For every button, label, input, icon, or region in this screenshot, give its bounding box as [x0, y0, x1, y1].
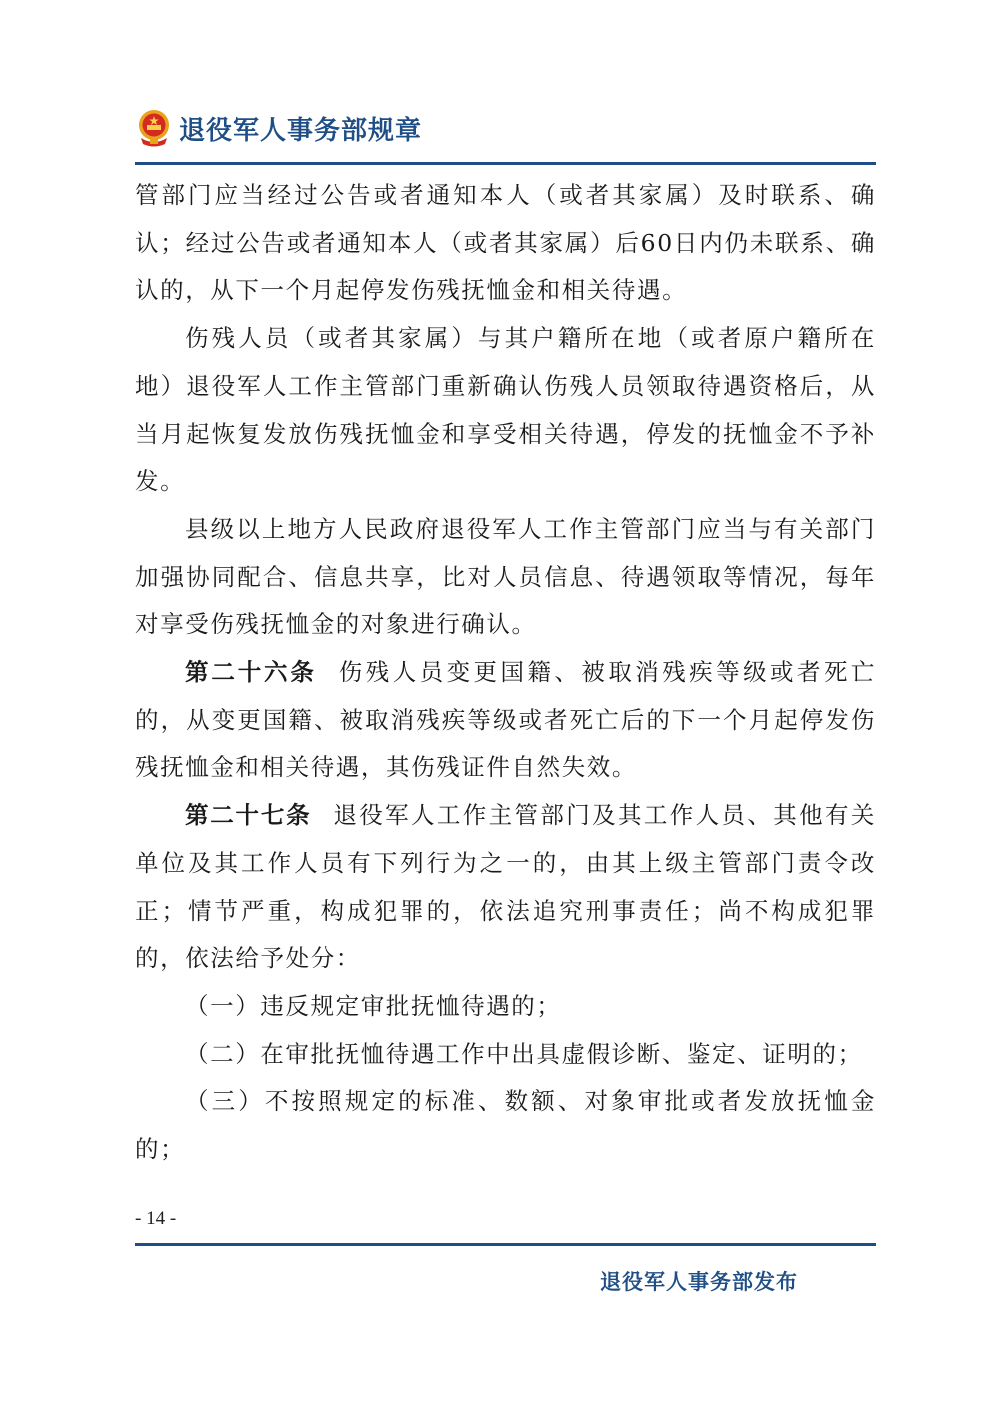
list-item: （一）违反规定审批抚恤待遇的； [135, 983, 876, 1031]
document-body: 管部门应当经过公告或者通知本人（或者其家属）及时联系、确认；经过公告或者通知本人… [135, 172, 876, 1174]
paragraph-text: 县级以上地方人民政府退役军人工作主管部门应当与有关部门加强协同配合、信息共享，比… [135, 515, 876, 638]
header-divider [135, 162, 876, 165]
paragraph-text: 伤残人员（或者其家属）与其户籍所在地（或者原户籍所在地）退役军人工作主管部门重新… [135, 324, 876, 495]
paragraph: 县级以上地方人民政府退役军人工作主管部门应当与有关部门加强协同配合、信息共享，比… [135, 506, 876, 649]
paragraph-text: 管部门应当经过公告或者通知本人（或者其家属）及时联系、确认；经过公告或者通知本人… [135, 181, 876, 304]
header-title: 退役军人事务部规章 [179, 110, 422, 147]
list-item-text: （二）在审批抚恤待遇工作中出具虚假诊断、鉴定、证明的； [185, 1040, 863, 1068]
list-item-text: （三）不按照规定的标准、数额、对象审批或者发放抚恤金的； [135, 1087, 876, 1163]
article-27: 第二十七条退役军人工作主管部门及其工作人员、其他有关单位及其工作人员有下列行为之… [135, 792, 876, 983]
paragraph: 伤残人员（或者其家属）与其户籍所在地（或者原户籍所在地）退役军人工作主管部门重新… [135, 315, 876, 506]
publisher-label: 退役军人事务部发布 [600, 1266, 798, 1296]
article-heading: 第二十六条 [185, 658, 317, 686]
article-heading: 第二十七条 [185, 801, 311, 829]
footer-divider [135, 1243, 876, 1246]
page-number: - 14 - [135, 1208, 176, 1230]
article-26: 第二十六条伤残人员变更国籍、被取消残疾等级或者死亡的，从变更国籍、被取消残疾等级… [135, 649, 876, 792]
page-header: 退役军人事务部规章 [135, 100, 875, 170]
list-item: （二）在审批抚恤待遇工作中出具虚假诊断、鉴定、证明的； [135, 1031, 876, 1079]
list-item: （三）不按照规定的标准、数额、对象审批或者发放抚恤金的； [135, 1078, 876, 1173]
paragraph: 管部门应当经过公告或者通知本人（或者其家属）及时联系、确认；经过公告或者通知本人… [135, 172, 876, 315]
list-item-text: （一）违反规定审批抚恤待遇的； [185, 992, 562, 1020]
national-emblem-icon [135, 108, 173, 148]
